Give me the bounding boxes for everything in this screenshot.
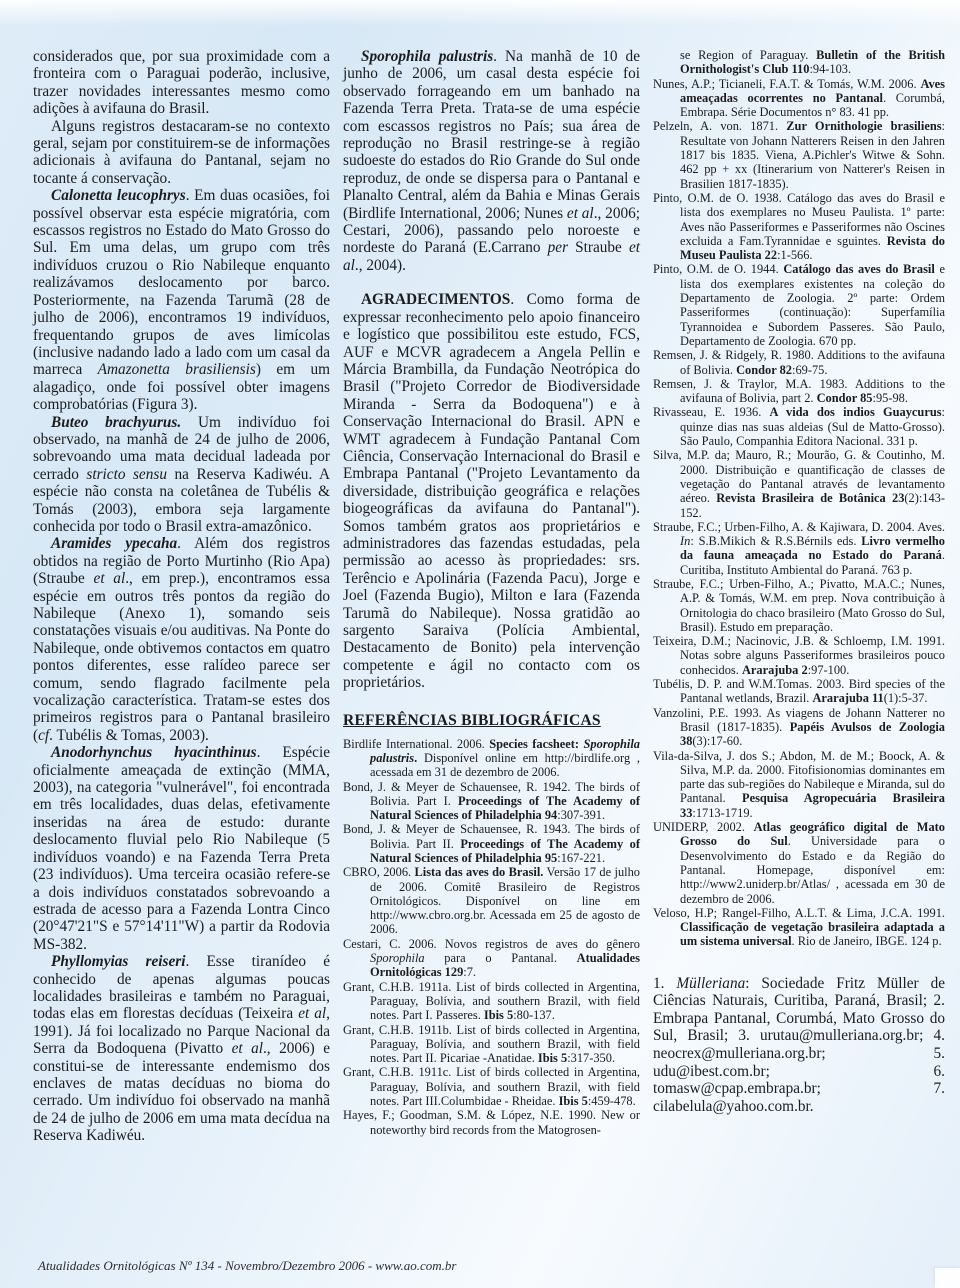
reference-cbro-2006: CBRO, 2006. Lista das aves do Brasil. Ve…: [343, 865, 640, 936]
reference-remsen-1983: Remsen, J. & Traylor, M.A. 1983. Additio…: [653, 377, 945, 406]
reference-nunes-2006: Nunes, A.P.; Ticianeli, F.A.T. & Tomás, …: [653, 77, 945, 120]
text-column-3: se Region of Paraguay. Bulletin of the B…: [653, 48, 945, 1145]
paragraph-alguns-registros: Alguns registros destacaram-se no contex…: [33, 118, 330, 188]
reference-uniderp-2002: UNIDERP, 2002. Atlas geográfico digital …: [653, 820, 945, 906]
text-column-2: Sporophila palustris. Na manhã de 10 de …: [343, 48, 640, 1145]
reference-grant-1911b: Grant, C.H.B. 1911b. List of birds colle…: [343, 1023, 640, 1066]
reference-pelzeln-1871: Pelzeln, A. von. 1871. Zur Ornithologie …: [653, 119, 945, 190]
reference-straube-2004: Straube, F.C.; Urben-Filho, A. & Kajiwar…: [653, 520, 945, 577]
paragraph-phyllomyias-reiseri: Phyllomyias reiseri. Esse tiranídeo é co…: [33, 953, 330, 1144]
reference-pinto-1938: Pinto, O.M. de O. 1938. Catálogo das ave…: [653, 191, 945, 262]
reference-birdlife-2006: Birdlife International. 2006. Species fa…: [343, 737, 640, 780]
reference-hayes-1990-part1: Hayes, F.; Goodman, S.M. & López, N.E. 1…: [343, 1108, 640, 1137]
author-affiliations: 1. Mülleriana: Sociedade Fritz Müller de…: [653, 975, 945, 1116]
reference-hayes-1990-part2: se Region of Paraguay. Bulletin of the B…: [653, 48, 945, 77]
reference-grant-1911a: Grant, C.H.B. 1911a. List of birds colle…: [343, 980, 640, 1023]
paragraph-sporophila-palustris: Sporophila palustris. Na manhã de 10 de …: [343, 48, 640, 274]
reference-teixeira-1991: Teixeira, D.M.; Nacinovic, J.B. & Schloe…: [653, 634, 945, 677]
paragraph-aramides-ypecaha: Aramides ypecaha. Além dos registros obt…: [33, 535, 330, 744]
reference-bond-1943: Bond, J. & Meyer de Schauensee, R. 1943.…: [343, 822, 640, 865]
paragraph-anodorhynchus-hyacinthinus: Anodorhynchus hyacinthinus. Espécie ofic…: [33, 744, 330, 953]
references-heading: REFERÊNCIAS BIBLIOGRÁFICAS: [343, 712, 640, 730]
reference-cestari-2006: Cestari, C. 2006. Novos registros de ave…: [343, 937, 640, 980]
reference-veloso-1991: Veloso, H.P; Rangel-Filho, A.L.T. & Lima…: [653, 906, 945, 949]
journal-page: considerados que, por sua proximidade co…: [0, 0, 960, 1288]
reference-straube-em-prep: Straube, F.C.; Urben-Filho, A.; Pivatto,…: [653, 577, 945, 634]
reference-pinto-1944: Pinto, O.M. de O. 1944. Catálogo das ave…: [653, 262, 945, 348]
reference-bond-1942: Bond, J. & Meyer de Schauensee, R. 1942.…: [343, 780, 640, 823]
page-footer-journal-line: Atualidades Ornitológicas Nº 134 - Novem…: [38, 1258, 456, 1274]
paragraph-agradecimentos: AGRADECIMENTOS. Como forma de expressar …: [343, 291, 640, 691]
paragraph-buteo-brachyurus: Buteo brachyurus. Um indivíduo foi obser…: [33, 414, 330, 536]
reference-vila-da-silva-2000: Vila-da-Silva, J. dos S.; Abdon, M. de M…: [653, 749, 945, 820]
reference-tubelis-2003: Tubélis, D. P. and W.M.Tomas. 2003. Bird…: [653, 677, 945, 706]
reference-vanzolini-1993: Vanzolini, P.E. 1993. As viagens de Joha…: [653, 706, 945, 749]
three-column-text-area: considerados que, por sua proximidade co…: [0, 0, 960, 1145]
text-column-1: considerados que, por sua proximidade co…: [33, 48, 330, 1145]
page-corner-artifact: [935, 1268, 960, 1288]
reference-grant-1911c: Grant, C.H.B. 1911c. List of birds colle…: [343, 1065, 640, 1108]
paragraph-intro-continuation: considerados que, por sua proximidade co…: [33, 48, 330, 118]
paragraph-calonetta-leucophrys: Calonetta leucophrys. Em duas ocasiões, …: [33, 187, 330, 413]
reference-remsen-1980: Remsen, J. & Ridgely, R. 1980. Additions…: [653, 348, 945, 377]
reference-silva-2000: Silva, M.P. da; Mauro, R.; Mourão, G. & …: [653, 448, 945, 519]
reference-rivasseau-1936: Rivasseau, E. 1936. A vida dos indios Gu…: [653, 405, 945, 448]
